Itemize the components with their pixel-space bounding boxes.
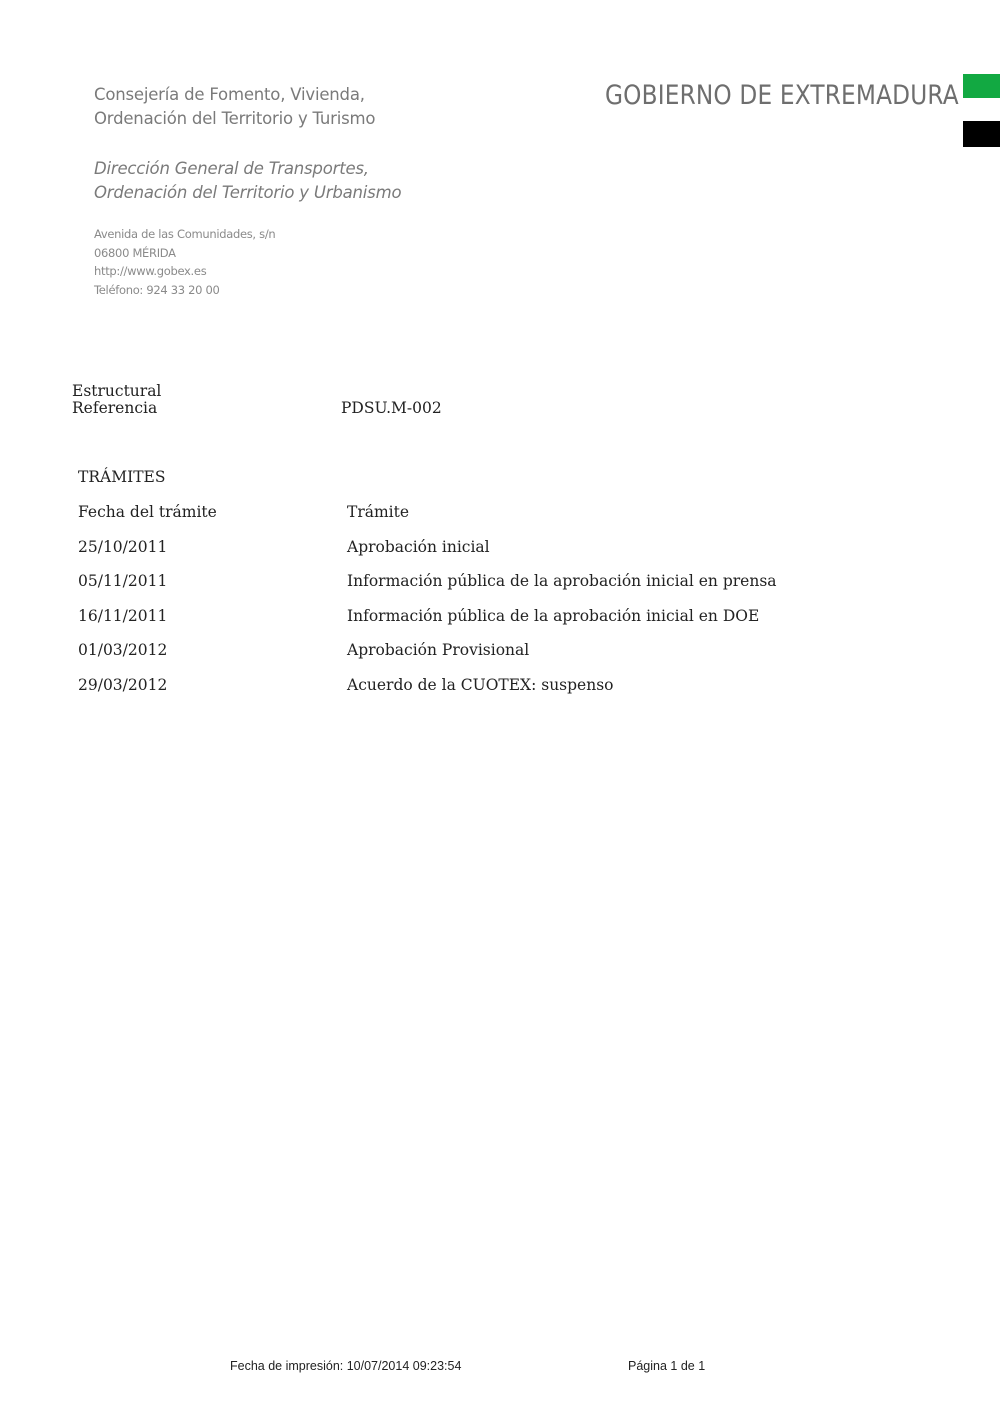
tramites-table: Fecha del trámite Trámite 25/10/2011 Apr… xyxy=(78,503,777,710)
table-row: 29/03/2012 Acuerdo de la CUOTEX: suspens… xyxy=(78,676,777,711)
address-phone: Teléfono: 924 33 20 00 xyxy=(94,281,275,300)
address-website: http://www.gobex.es xyxy=(94,262,275,281)
direction-line: Dirección General de Transportes, xyxy=(94,157,401,181)
government-logo-text: GOBIERNO DE EXTREMADURA xyxy=(605,80,959,111)
ministry-line: Consejería de Fomento, Vivienda, xyxy=(94,83,375,107)
direction-line: Ordenación del Territorio y Urbanismo xyxy=(94,181,401,205)
label-referencia: Referencia xyxy=(72,400,161,417)
tramite-description: Información pública de la aprobación ini… xyxy=(347,607,777,642)
print-date: Fecha de impresión: 10/07/2014 09:23:54 xyxy=(230,1359,461,1373)
reference-value: PDSU.M-002 xyxy=(341,399,442,417)
table-row: 25/10/2011 Aprobación inicial xyxy=(78,538,777,573)
table-row: 16/11/2011 Información pública de la apr… xyxy=(78,607,777,642)
tramite-description: Acuerdo de la CUOTEX: suspenso xyxy=(347,676,777,711)
tramite-description: Información pública de la aprobación ini… xyxy=(347,572,777,607)
tramite-date: 16/11/2011 xyxy=(78,607,347,642)
reference-labels: Estructural Referencia xyxy=(72,383,161,417)
tramite-date: 25/10/2011 xyxy=(78,538,347,573)
tramite-description: Aprobación inicial xyxy=(347,538,777,573)
tramite-description: Aprobación Provisional xyxy=(347,641,777,676)
direction-name: Dirección General de Transportes, Ordena… xyxy=(94,157,401,205)
address-city: 06800 MÉRIDA xyxy=(94,244,275,263)
table-header-row: Fecha del trámite Trámite xyxy=(78,503,777,538)
table-row: 01/03/2012 Aprobación Provisional xyxy=(78,641,777,676)
tramite-date: 29/03/2012 xyxy=(78,676,347,711)
tramites-section-title: TRÁMITES xyxy=(78,468,165,486)
flag-black-stripe-icon xyxy=(963,121,1000,147)
column-header-tramite: Trámite xyxy=(347,503,777,538)
ministry-name: Consejería de Fomento, Vivienda, Ordenac… xyxy=(94,83,375,131)
address-street: Avenida de las Comunidades, s/n xyxy=(94,225,275,244)
label-estructural: Estructural xyxy=(72,383,161,400)
flag-green-stripe-icon xyxy=(963,74,1000,98)
column-header-date: Fecha del trámite xyxy=(78,503,347,538)
tramite-date: 01/03/2012 xyxy=(78,641,347,676)
table-row: 05/11/2011 Información pública de la apr… xyxy=(78,572,777,607)
ministry-line: Ordenación del Territorio y Turismo xyxy=(94,107,375,131)
address-block: Avenida de las Comunidades, s/n 06800 MÉ… xyxy=(94,225,275,299)
page-number: Página 1 de 1 xyxy=(628,1359,705,1373)
tramite-date: 05/11/2011 xyxy=(78,572,347,607)
